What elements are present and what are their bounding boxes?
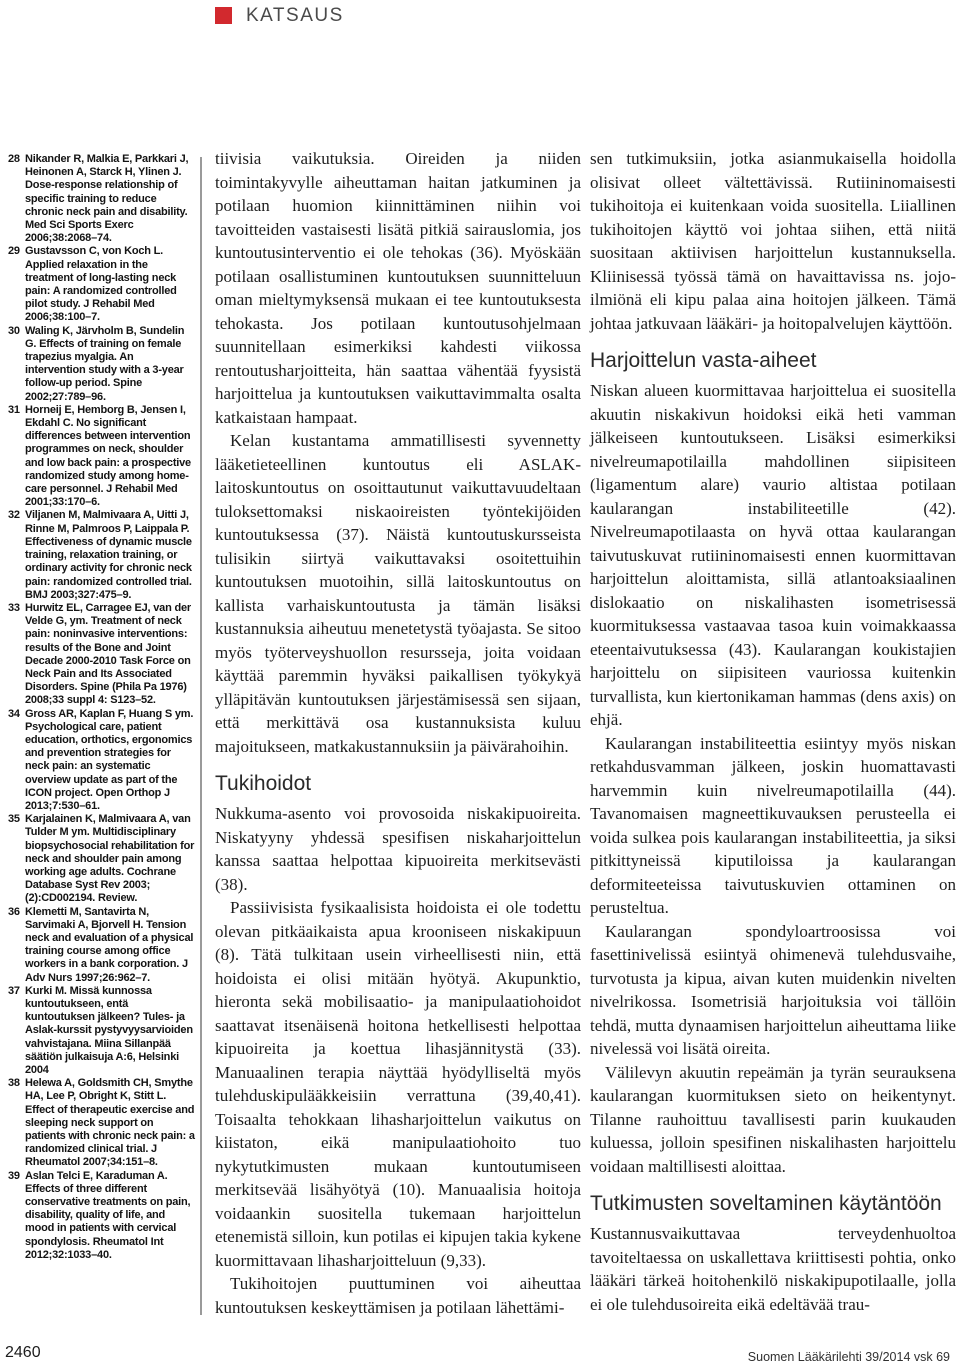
reference-item: 33Hurwitz EL, Carragee EJ, van der Velde… bbox=[8, 602, 195, 708]
section-marker-icon bbox=[215, 7, 232, 24]
reference-text: Klemetti M, Santavirta N, Sarvimaki A, B… bbox=[25, 906, 195, 985]
reference-text: Hurwitz EL, Carragee EJ, van der Velde G… bbox=[25, 602, 195, 708]
reference-number: 38 bbox=[8, 1077, 25, 1169]
reference-item: 36Klemetti M, Santavirta N, Sarvimaki A,… bbox=[8, 906, 195, 985]
reference-number: 36 bbox=[8, 906, 25, 985]
reference-text: Viljanen M, Malmivaara A, Uitti J, Rinne… bbox=[25, 509, 195, 601]
reference-item: 29Gustavsson C, von Koch L. Applied rela… bbox=[8, 245, 195, 324]
body-paragraph: Niskan alueen kuormittavaa harjoittelua … bbox=[590, 379, 956, 732]
reference-list: 28Nikander R, Malkia E, Parkkari J, Hein… bbox=[8, 153, 195, 1262]
reference-item: 31Horneij E, Hemborg B, Jensen I, Ekdahl… bbox=[8, 404, 195, 510]
reference-item: 30Waling K, Järvholm B, Sundelin G. Effe… bbox=[8, 325, 195, 404]
reference-number: 39 bbox=[8, 1170, 25, 1262]
body-paragraph: sen tutkimuksiin, jotka asianmukaisella … bbox=[590, 147, 956, 335]
reference-text: Helewa A, Goldsmith CH, Smythe HA, Lee P… bbox=[25, 1077, 195, 1169]
body-paragraph: Kelan kustantama ammatillisesti syvennet… bbox=[215, 429, 581, 758]
reference-item: 35Karjalainen K, Malmivaara A, van Tulde… bbox=[8, 813, 195, 905]
column-divider bbox=[200, 157, 202, 1315]
reference-item: 34Gross AR, Kaplan F, Huang S ym. Psycho… bbox=[8, 708, 195, 814]
page-number: 2460 bbox=[5, 1344, 41, 1362]
section-heading-soveltaminen: Tutkimusten soveltaminen käytäntöön bbox=[590, 1192, 956, 1216]
reference-number: 33 bbox=[8, 602, 25, 708]
reference-number: 29 bbox=[8, 245, 25, 324]
body-paragraph: Kustannusvaikuttavaa terveydenhuoltoa ta… bbox=[590, 1222, 956, 1316]
body-paragraph: Kaularangan instabiliteettia esiintyy my… bbox=[590, 732, 956, 920]
section-heading-vasta-aiheet: Harjoittelun vasta-aiheet bbox=[590, 349, 956, 373]
reference-item: 32Viljanen M, Malmivaara A, Uitti J, Rin… bbox=[8, 509, 195, 601]
body-paragraph: Passiivisista fysikaalisista hoidoista e… bbox=[215, 896, 581, 1272]
reference-text: Nikander R, Malkia E, Parkkari J, Heinon… bbox=[25, 153, 195, 245]
reference-item: 37Kurki M. Missä kunnossa kuntoutukseen,… bbox=[8, 985, 195, 1077]
body-paragraph: Kaularangan spondyloartroosissa voi fase… bbox=[590, 920, 956, 1061]
reference-number: 31 bbox=[8, 404, 25, 510]
reference-item: 39Aslan Telci E, Karaduman A. Effects of… bbox=[8, 1170, 195, 1262]
section-label: KATSAUS bbox=[246, 6, 344, 25]
reference-number: 30 bbox=[8, 325, 25, 404]
reference-text: Karjalainen K, Malmivaara A, van Tulder … bbox=[25, 813, 195, 905]
reference-text: Horneij E, Hemborg B, Jensen I, Ekdahl C… bbox=[25, 404, 195, 510]
reference-number: 34 bbox=[8, 708, 25, 814]
reference-text: Aslan Telci E, Karaduman A. Effects of t… bbox=[25, 1170, 195, 1262]
middle-column: tiivisia vaikutuksia. Oireiden ja niiden… bbox=[215, 147, 581, 1319]
body-paragraph: tiivisia vaikutuksia. Oireiden ja niiden… bbox=[215, 147, 581, 429]
reference-number: 35 bbox=[8, 813, 25, 905]
body-paragraph: Välilevyn akuutin repeämän ja tyrän seur… bbox=[590, 1061, 956, 1179]
reference-text: Waling K, Järvholm B, Sundelin G. Effect… bbox=[25, 325, 195, 404]
body-paragraph: Tukihoitojen puuttuminen voi aiheuttaa k… bbox=[215, 1272, 581, 1319]
reference-text: Kurki M. Missä kunnossa kuntoutukseen, e… bbox=[25, 985, 195, 1077]
section-header: KATSAUS bbox=[215, 6, 344, 25]
reference-number: 28 bbox=[8, 153, 25, 245]
section-heading-tukihoidot: Tukihoidot bbox=[215, 772, 581, 796]
right-column: sen tutkimuksiin, jotka asianmukaisella … bbox=[590, 147, 956, 1316]
reference-number: 32 bbox=[8, 509, 25, 601]
reference-number: 37 bbox=[8, 985, 25, 1077]
reference-item: 38Helewa A, Goldsmith CH, Smythe HA, Lee… bbox=[8, 1077, 195, 1169]
reference-text: Gustavsson C, von Koch L. Applied relaxa… bbox=[25, 245, 195, 324]
journal-line: Suomen Lääkärilehti 39/2014 vsk 69 bbox=[748, 1350, 950, 1364]
reference-item: 28Nikander R, Malkia E, Parkkari J, Hein… bbox=[8, 153, 195, 245]
body-paragraph: Nukkuma-asento voi provosoida niskakipuo… bbox=[215, 802, 581, 896]
reference-text: Gross AR, Kaplan F, Huang S ym. Psycholo… bbox=[25, 708, 195, 814]
